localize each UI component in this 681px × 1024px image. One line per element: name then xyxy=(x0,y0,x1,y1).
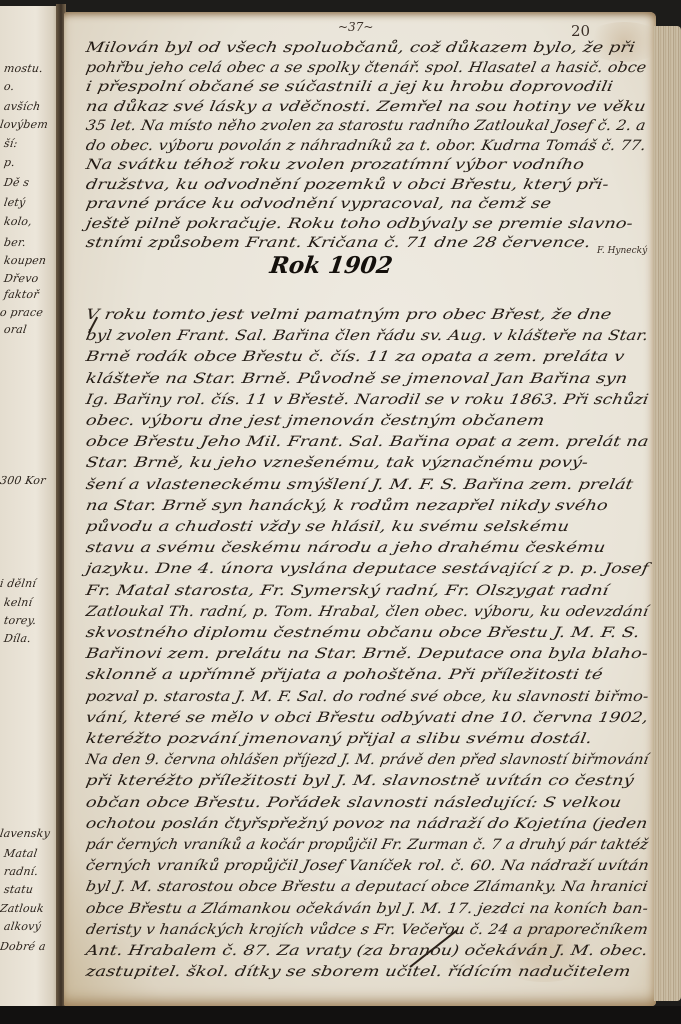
left-page-fragment: Dobré a xyxy=(0,940,47,953)
handwritten-line: ještě pilně pokračuje. Roku toho odbýval… xyxy=(85,216,635,232)
left-page-fragment: statu xyxy=(3,883,34,896)
left-page-fragment: Zatlouk xyxy=(0,902,45,915)
handwritten-line: kteréžto pozvání jmenovaný přijal a slib… xyxy=(85,731,594,747)
handwritten-line: Na svátku téhož roku zvolen prozatímní v… xyxy=(85,157,586,173)
handwritten-line: obce Břestu Jeho Mil. Frant. Sal. Bařina… xyxy=(85,434,650,450)
handwritten-line: Zatloukal Th. radní, p. Tom. Hrabal, čle… xyxy=(85,604,650,620)
handwritten-line: pohřbu jeho celá obec a se spolky čtenář… xyxy=(85,60,648,76)
handwritten-line: při kteréžto příležitosti byl J. M. slav… xyxy=(85,773,636,789)
handwritten-line: skvostného diplomu čestnému občanu obce … xyxy=(85,625,641,641)
handwritten-line: Star. Brně, ku jeho vznešenému, tak význ… xyxy=(85,455,590,471)
handwritten-line: šení a vlasteneckému smýšlení J. M. F. S… xyxy=(85,477,635,493)
handwritten-line: Fr. Matal starosta, Fr. Symerský radní, … xyxy=(85,583,610,599)
handwritten-line: původu a chudosti vždy se hlásil, ku své… xyxy=(85,519,571,535)
left-page-fragment: ší: xyxy=(3,137,18,150)
handwritten-line: vání, které se mělo v obci Břestu odbýva… xyxy=(85,710,650,726)
handwritten-line: byl J. M. starostou obce Břestu a deputa… xyxy=(85,879,649,895)
handwritten-line: pravné práce ku odvodnění vypracoval, na… xyxy=(85,196,553,212)
handwritten-line: do obec. výboru povolán z náhradníků za … xyxy=(85,138,648,154)
handwritten-line: jazyku. Dne 4. února vyslána deputace se… xyxy=(85,561,650,577)
previous-page: mostu.o.avšíchlovýbemší:p.Dě sletýkolo,b… xyxy=(0,6,60,1010)
left-page-fragment: Dřevo xyxy=(3,272,39,285)
handwritten-line: obce Břestu a Zlámankou očekáván byl J. … xyxy=(85,901,650,917)
bottom-shadow xyxy=(0,1006,681,1024)
handwritten-line: Bařinovi zem. prelátu na Star. Brně. Dep… xyxy=(85,646,650,662)
handwritten-line: stavu a svému českému národu a jeho drah… xyxy=(85,540,607,556)
section-heading: Rok 1902 xyxy=(268,252,394,279)
handwritten-line: černých vraníků propůjčil Josef Vaníček … xyxy=(85,858,651,874)
handwritten-line: stními způsobem Frant. Kričana č. 71 dne… xyxy=(85,235,592,251)
document-photo: mostu.o.avšíchlovýbemší:p.Dě sletýkolo,b… xyxy=(0,0,681,1024)
handwritten-line: Brně rodák obce Břestu č. čís. 11 za opa… xyxy=(85,349,626,365)
left-page-fragment: torey. xyxy=(3,614,37,627)
left-page-fragment: koupen xyxy=(3,254,47,267)
handwritten-line: na důkaz své lásky a vděčnosti. Zemřel n… xyxy=(85,99,648,115)
signature: F. Hynecký xyxy=(597,246,647,256)
handwritten-line: obec. výboru dne jest jmenován čestným o… xyxy=(85,413,546,429)
left-page-fragment: radní. xyxy=(3,865,39,878)
handwritten-line: 35 let. Na místo něho zvolen za starostu… xyxy=(85,118,647,134)
handwritten-line: Na den 9. června ohlášen příjezd J. M. p… xyxy=(85,752,650,768)
left-page-fragment: 300 Kor xyxy=(0,474,47,487)
handwritten-line: družstva, ku odvodnění pozemků v obci Bř… xyxy=(85,177,610,193)
handwritten-line: V roku tomto jest velmi pamatným pro obe… xyxy=(85,307,613,323)
handwritten-line: i přespolní občané se súčastnili a jej k… xyxy=(85,79,615,95)
handwritten-line: na Star. Brně syn hanácký, k rodům nezap… xyxy=(85,498,610,514)
left-page-fragment: i dělní xyxy=(0,577,37,590)
left-page-fragment: kelní xyxy=(3,596,33,609)
page-number-center: ~37~ xyxy=(338,20,373,34)
left-page-fragment: oral xyxy=(3,323,28,336)
left-page-fragment: alkový xyxy=(3,920,42,933)
handwritten-line: Milován byl od všech spoluobčanů, což dů… xyxy=(85,40,637,56)
left-page-fragment: lovýbem xyxy=(0,118,49,131)
handwritten-line: ochotou poslán čtyřspřežný povoz na nádr… xyxy=(85,816,649,832)
handwritten-line: Ant. Hrabalem č. 87. Za vraty (za branou… xyxy=(85,943,649,959)
left-page-fragment: avších xyxy=(3,100,41,113)
left-page-fragment: lavensky xyxy=(0,827,51,840)
handwritten-line: deristy v hanáckých krojích vůdce s Fr. … xyxy=(85,922,650,938)
left-page-fragment: Díla. xyxy=(3,632,32,645)
page-number-corner: 20 xyxy=(571,22,590,40)
handwritten-line: občan obce Břestu. Pořádek slavnosti nás… xyxy=(85,795,623,811)
left-page-fragment: Dě s xyxy=(3,176,30,189)
handwritten-line: Ig. Bařiny rol. čís. 11 v Břestě. Narodi… xyxy=(85,392,650,408)
left-page-fragment: kolo, xyxy=(3,215,33,228)
handwritten-line: klášteře na Star. Brně. Původně se jmeno… xyxy=(85,371,629,387)
handwritten-line: byl zvolen Frant. Sal. Bařina člen řádu … xyxy=(85,328,650,344)
handwritten-line: pár černých vraníků a kočár propůjčil Fr… xyxy=(85,837,650,853)
page-edges xyxy=(654,26,681,1001)
left-page-fragment: p. xyxy=(3,156,16,169)
left-page-fragment: faktoř xyxy=(3,288,40,301)
left-page-fragment: o prace xyxy=(0,306,44,319)
handwritten-line: sklonně a upřímně přijata a pohoštěna. P… xyxy=(85,667,604,683)
handwritten-line: zastupitel. škol. dítky se sborem učitel… xyxy=(85,964,632,980)
left-page-fragment: Matal xyxy=(3,847,38,860)
left-page-fragment: letý xyxy=(3,196,26,209)
handwritten-line: pozval p. starosta J. M. F. Sal. do rodn… xyxy=(85,689,650,705)
left-page-fragment: ber. xyxy=(3,236,27,249)
left-page-fragment: mostu. xyxy=(3,62,44,75)
left-page-fragment: o. xyxy=(3,80,15,93)
